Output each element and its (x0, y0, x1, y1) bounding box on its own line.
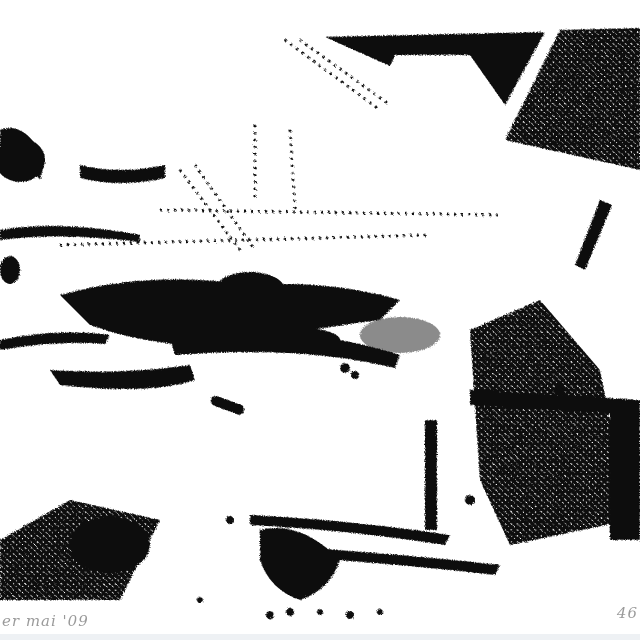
monoprint-artwork (0, 0, 640, 640)
edition-number: 46 (617, 604, 638, 622)
paper-edge (0, 634, 640, 640)
vertical-stroke (425, 420, 437, 530)
bottom-left-blob (70, 517, 150, 573)
center-blob (215, 272, 285, 308)
left-small-blob (0, 256, 20, 284)
date-inscription: er mai '09 (2, 612, 89, 630)
right-edge-block (610, 410, 640, 540)
